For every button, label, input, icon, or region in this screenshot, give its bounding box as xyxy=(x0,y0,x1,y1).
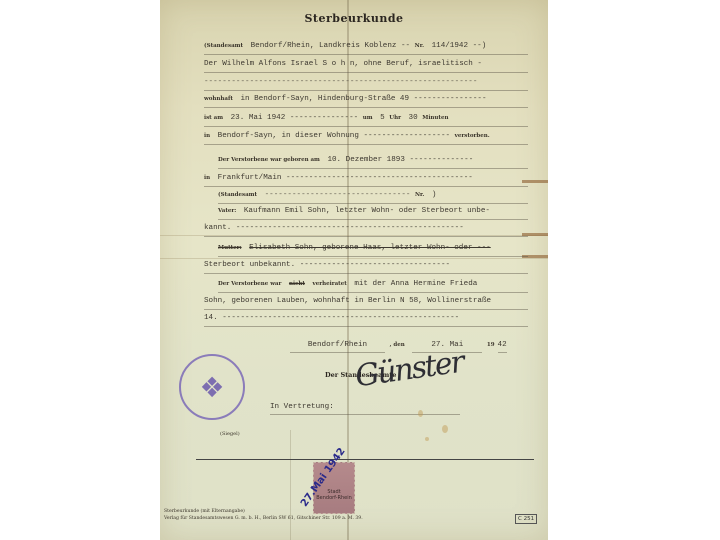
father-line-2: kannt. ---------------------------------… xyxy=(204,220,528,237)
birth-date: 10. Dezember 1893 -------------- xyxy=(327,156,473,164)
residence-label: wohnhaft xyxy=(204,96,233,102)
marriage-prefix: Der Verstorbene war xyxy=(218,281,281,287)
marriage-line-1: Der Verstorbene war nicht verheiratet mi… xyxy=(218,276,528,293)
year-prefix: 19 xyxy=(487,342,495,348)
eagle-icon: ❖ xyxy=(199,371,224,404)
year-suffix: 42 xyxy=(498,338,507,353)
death-place: Bendorf-Sayn, in dieser Wohnung --------… xyxy=(218,132,450,140)
den-label: , den xyxy=(390,342,405,348)
marriage-verb: verheiratet xyxy=(313,281,347,287)
father-label: Vater: xyxy=(218,208,236,214)
registry-line: (Standesamt Bendorf/Rhein, Landkreis Kob… xyxy=(204,38,528,55)
footer-line-2: Verlag für Standesamtswesen G. m. b. H.,… xyxy=(164,515,363,522)
divider xyxy=(196,459,534,460)
deputy-line: In Vertretung: xyxy=(270,400,460,415)
mother-line-1: Mutter: Elisabeth Sohn, geborene Haas, l… xyxy=(218,240,528,257)
registry-nr-value: 114/1942 --) xyxy=(432,42,487,50)
official-seal: ❖ xyxy=(179,354,245,420)
death-time-line: ist am 23. Mai 1942 --------------- um 5… xyxy=(204,110,528,127)
stain xyxy=(425,437,429,441)
mother-label: Mutter: xyxy=(218,245,242,251)
birth-date-line: Der Verstorbene war geboren am 10. Dezem… xyxy=(218,152,528,169)
uhr-label: Uhr xyxy=(389,115,401,121)
death-place-line: in Bendorf-Sayn, in dieser Wohnung -----… xyxy=(204,128,528,145)
birth-place-line: in Frankfurt/Main ----------------------… xyxy=(204,170,528,187)
deputy-label: In Vertretung: xyxy=(270,403,334,411)
mother-value: Elisabeth Sohn, geborene Haas, letzter W… xyxy=(249,244,491,252)
birth-date-label: Der Verstorbene war geboren am xyxy=(218,157,320,163)
stain xyxy=(418,410,423,417)
stain xyxy=(442,425,448,433)
death-hour: 5 xyxy=(380,114,385,122)
marriage-struck-word: nicht xyxy=(289,281,305,287)
verstorben-label: verstorben. xyxy=(455,133,490,139)
registry-nr-label: Nr. xyxy=(415,43,424,49)
marriage-line-3: 14. ------------------------------------… xyxy=(204,310,528,327)
fee-stamp-bottom: Bendorf-Rhein xyxy=(314,495,354,501)
death-minute: 30 xyxy=(409,114,418,122)
death-certificate: Sterbeurkunde (Standesamt Bendorf/Rhein,… xyxy=(160,0,548,540)
registry-label: (Standesamt xyxy=(204,43,243,49)
spouse-name: mit der Anna Hermine Frieda xyxy=(354,280,477,288)
footer-print: Sterbeurkunde (mit Elternangabe) Verlag … xyxy=(164,508,363,522)
document-title: Sterbeurkunde xyxy=(160,12,548,25)
birth-registry-label: (Standesamt xyxy=(218,192,257,198)
birth-registry-nr-label: Nr. xyxy=(415,192,424,198)
father-line-1: Vater: Kaufmann Emil Sohn, letzter Wohn-… xyxy=(218,203,528,220)
birth-registry-line: (Standesamt ----------------------------… xyxy=(218,187,528,204)
death-date: 23. Mai 1942 --------------- xyxy=(231,114,359,122)
birth-registry-suffix: ) xyxy=(432,191,437,199)
residence-line: wohnhaft in Bendorf-Sayn, Hindenburg-Str… xyxy=(204,91,528,108)
footer-line-1: Sterbeurkunde (mit Elternangabe) xyxy=(164,508,363,515)
fold-crease-lower xyxy=(290,430,291,540)
marriage-line-2: Sohn, geborenen Lauben, wohnhaft in Berl… xyxy=(204,293,528,310)
death-date-label: ist am xyxy=(204,115,223,121)
um-label: um xyxy=(363,115,373,121)
minuten-label: Minuten xyxy=(422,115,448,121)
issuance-place: Bendorf/Rhein xyxy=(290,338,385,353)
birth-place: Frankfurt/Main -------------------------… xyxy=(218,174,473,182)
deceased-line-1: Der Wilhelm Alfons Israel S o h n, ohne … xyxy=(204,56,528,73)
deceased-line-2: ----------------------------------------… xyxy=(204,74,528,91)
seal-label: (Siegel) xyxy=(220,431,240,437)
residence-value: in Bendorf-Sayn, Hindenburg-Straße 49 --… xyxy=(240,95,486,103)
birth-registry-value: -------------------------------- xyxy=(265,191,411,199)
birth-place-label: in xyxy=(204,175,210,181)
father-value: Kaufmann Emil Sohn, letzter Wohn- oder S… xyxy=(244,207,490,215)
form-code: C 251 xyxy=(515,514,537,524)
mother-line-2: Sterbeort unbekannt. -------------------… xyxy=(204,257,528,274)
registry-value: Bendorf/Rhein, Landkreis Koblenz -- xyxy=(251,42,411,50)
death-place-label: in xyxy=(204,133,210,139)
